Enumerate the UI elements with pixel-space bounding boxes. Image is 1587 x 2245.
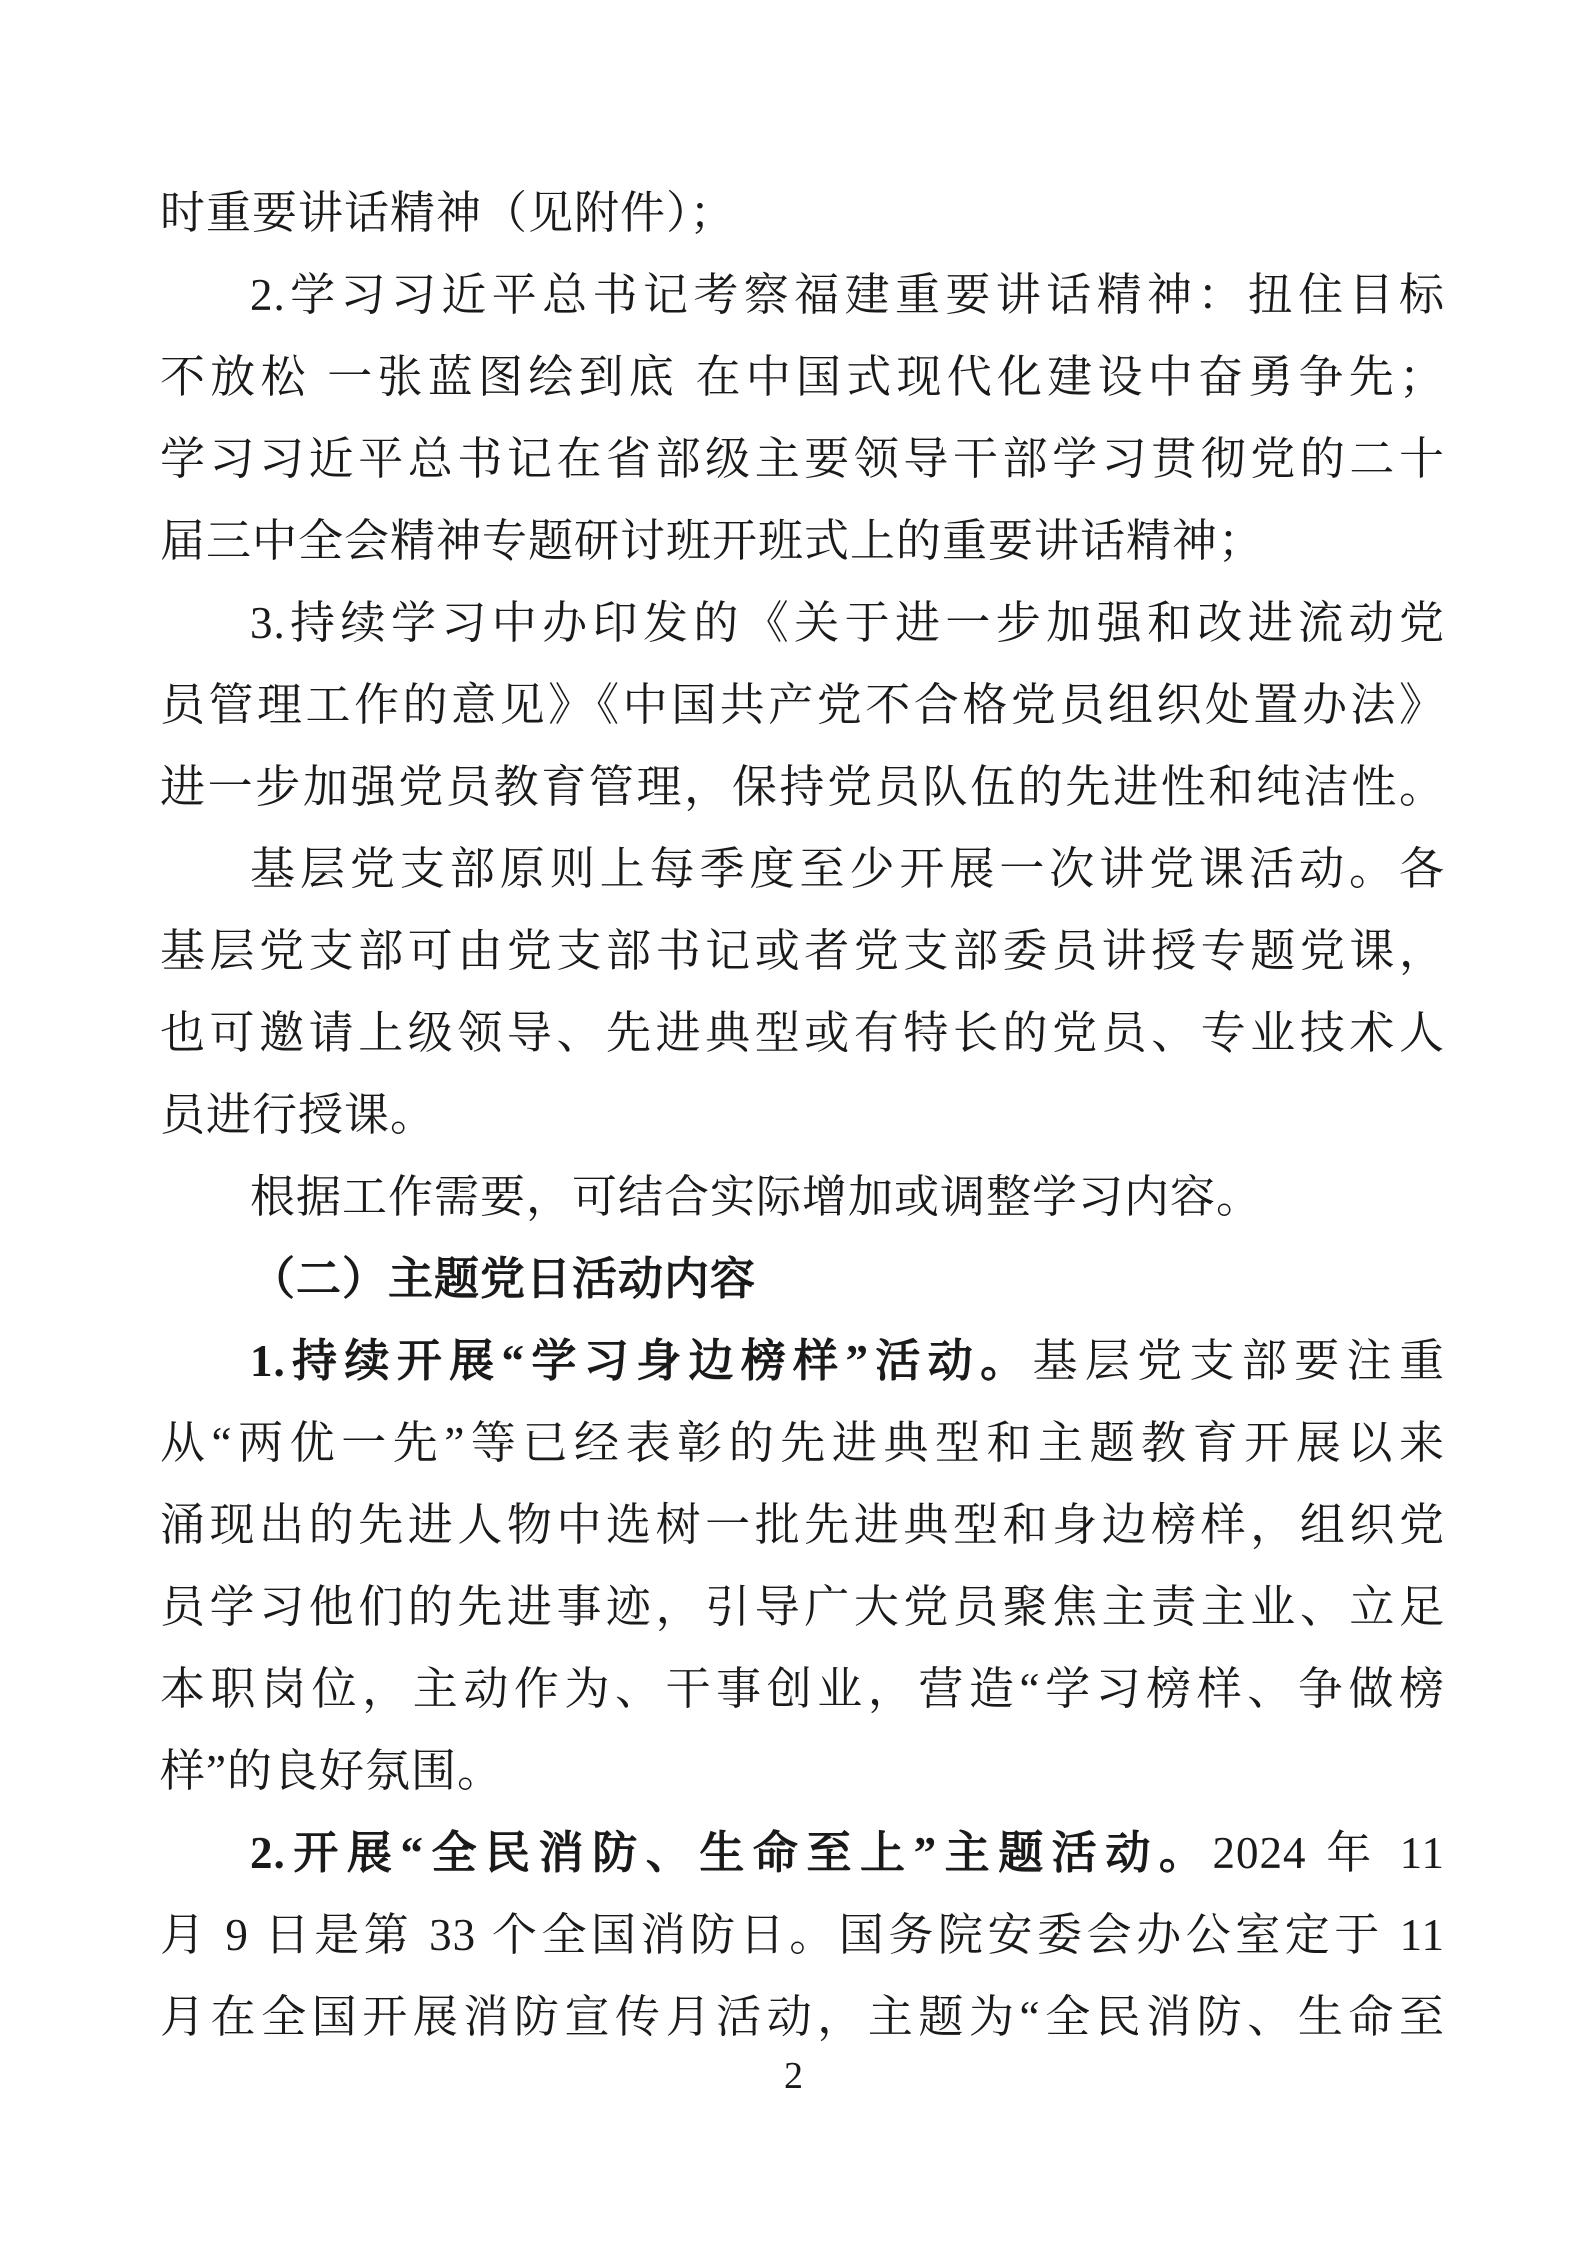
bold-text-segment: 1.持续开展“学习身边榜样”活动。 (250, 1336, 1032, 1386)
text-segment: 基层党支部要注重 (1032, 1336, 1445, 1386)
text-segment: 届三中全会精神专题研讨班开班式上的重要讲话精神； (160, 516, 1264, 566)
page-footer: 2 (0, 2052, 1587, 2100)
text-line: 不放松 一张蓝图绘到底 在中国式现代化建设中奋勇争先； (160, 336, 1445, 418)
text-line: 2.开展“全民消防、生命至上”主题活动。2024 年 11 (160, 1812, 1445, 1894)
text-line: 基层党支部可由党支部书记或者党支部委员讲授专题党课， (160, 910, 1445, 992)
text-segment: 根据工作需要，可结合实际增加或调整学习内容。 (250, 1172, 1262, 1222)
text-segment: 学习习近平总书记在省部级主要领导干部学习贯彻党的二十 (160, 434, 1445, 484)
text-line: 月在全国开展消防宣传月活动，主题为“全民消防、生命至 (160, 1976, 1445, 2058)
text-segment: 本职岗位，主动作为、干事创业，营造“学习榜样、争做榜 (160, 1664, 1445, 1714)
page-number: 2 (784, 2055, 803, 2097)
bold-text-segment: （二）主题党日活动内容 (250, 1254, 756, 1304)
text-line: 员管理工作的意见》《中国共产党不合格党员组织处置办法》 (160, 664, 1445, 746)
text-line: 1.持续开展“学习身边榜样”活动。基层党支部要注重 (160, 1320, 1445, 1402)
text-segment: 2.学习习近平总书记考察福建重要讲话精神：扭住目标 (250, 270, 1445, 320)
text-line: 进一步加强党员教育管理，保持党员队伍的先进性和纯洁性。 (160, 746, 1445, 828)
text-line: 月 9 日是第 33 个全国消防日。国务院安委会办公室定于 11 (160, 1894, 1445, 1976)
text-segment: 员学习他们的先进事迹，引导广大党员聚焦主责主业、立足 (160, 1582, 1445, 1632)
text-line: 届三中全会精神专题研讨班开班式上的重要讲话精神； (160, 500, 1445, 582)
text-line: （二）主题党日活动内容 (160, 1238, 1445, 1320)
text-segment: 进一步加强党员教育管理，保持党员队伍的先进性和纯洁性。 (160, 762, 1445, 812)
text-line: 样”的良好氛围。 (160, 1730, 1445, 1812)
text-segment: 时重要讲话精神（见附件）； (160, 188, 736, 238)
text-segment: 也可邀请上级领导、先进典型或有特长的党员、专业技术人 (160, 1008, 1445, 1058)
text-segment: 月 9 日是第 33 个全国消防日。国务院安委会办公室定于 11 (160, 1910, 1445, 1960)
text-line: 基层党支部原则上每季度至少开展一次讲党课活动。各 (160, 828, 1445, 910)
text-segment: 样”的良好氛围。 (160, 1746, 503, 1796)
text-segment: 员管理工作的意见》《中国共产党不合格党员组织处置办法》 (160, 680, 1445, 730)
text-segment: 员进行授课。 (160, 1090, 436, 1140)
document-page: 时重要讲话精神（见附件）；2.学习习近平总书记考察福建重要讲话精神：扭住目标不放… (0, 0, 1587, 2245)
text-line: 根据工作需要，可结合实际增加或调整学习内容。 (160, 1156, 1445, 1238)
text-line: 员进行授课。 (160, 1074, 1445, 1156)
text-segment: 2024 年 11 (1212, 1828, 1445, 1878)
text-segment: 月在全国开展消防宣传月活动，主题为“全民消防、生命至 (160, 1992, 1445, 2042)
document-body: 时重要讲话精神（见附件）；2.学习习近平总书记考察福建重要讲话精神：扭住目标不放… (160, 172, 1445, 2058)
text-segment: 从“两优一先”等已经表彰的先进典型和主题教育开展以来 (160, 1418, 1445, 1468)
bold-text-segment: 2.开展“全民消防、生命至上”主题活动。 (250, 1828, 1212, 1878)
text-line: 时重要讲话精神（见附件）； (160, 172, 1445, 254)
text-segment: 涌现出的先进人物中选树一批先进典型和身边榜样，组织党 (160, 1500, 1445, 1550)
text-line: 3.持续学习中办印发的《关于进一步加强和改进流动党 (160, 582, 1445, 664)
text-segment: 不放松 一张蓝图绘到底 在中国式现代化建设中奋勇争先； (160, 352, 1445, 402)
text-line: 学习习近平总书记在省部级主要领导干部学习贯彻党的二十 (160, 418, 1445, 500)
text-segment: 3.持续学习中办印发的《关于进一步加强和改进流动党 (250, 598, 1445, 648)
text-segment: 基层党支部可由党支部书记或者党支部委员讲授专题党课， (160, 926, 1445, 976)
text-segment: 基层党支部原则上每季度至少开展一次讲党课活动。各 (250, 844, 1445, 894)
text-line: 也可邀请上级领导、先进典型或有特长的党员、专业技术人 (160, 992, 1445, 1074)
text-line: 本职岗位，主动作为、干事创业，营造“学习榜样、争做榜 (160, 1648, 1445, 1730)
text-line: 从“两优一先”等已经表彰的先进典型和主题教育开展以来 (160, 1402, 1445, 1484)
text-line: 涌现出的先进人物中选树一批先进典型和身边榜样，组织党 (160, 1484, 1445, 1566)
text-line: 员学习他们的先进事迹，引导广大党员聚焦主责主业、立足 (160, 1566, 1445, 1648)
text-line: 2.学习习近平总书记考察福建重要讲话精神：扭住目标 (160, 254, 1445, 336)
